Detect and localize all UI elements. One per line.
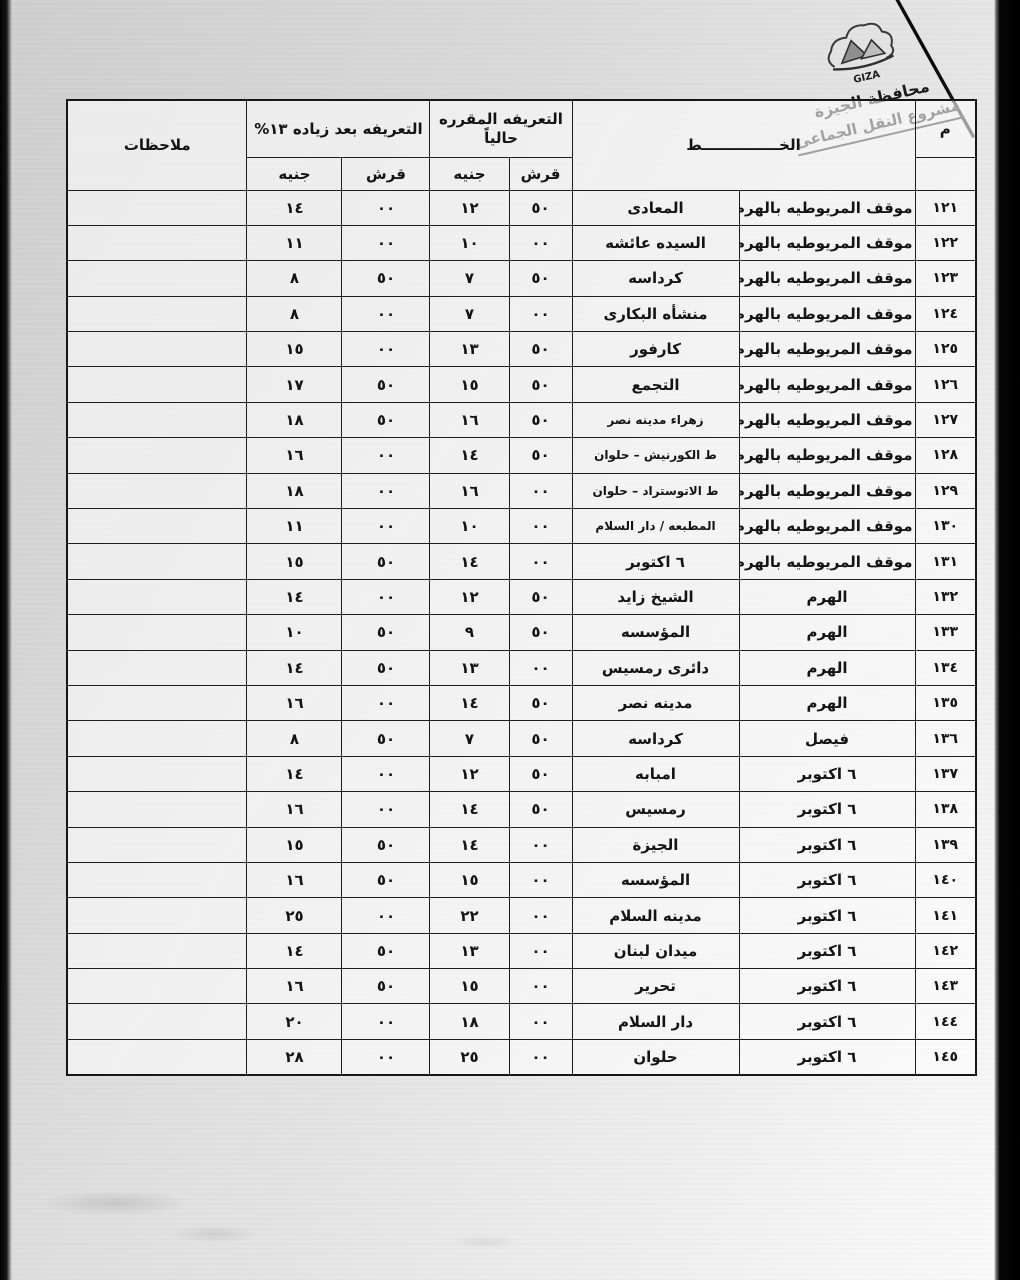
- row-current-pounds: ١٥: [430, 367, 509, 402]
- row-current-piasters: ٠٠: [509, 225, 572, 260]
- row-current-pounds: ١٣: [430, 332, 509, 367]
- row-new-piasters: ٥٠: [342, 402, 430, 437]
- table-header: م الخـــــــــــــــط التعريفه المقرره ح…: [67, 100, 976, 190]
- row-current-piasters: ٠٠: [509, 296, 572, 331]
- row-new-piasters: ٥٠: [342, 862, 430, 897]
- table-row: ١٣٩ ٦ اكتوبر الجيزة ٠٠ ١٤ ٥٠ ١٥: [67, 827, 976, 862]
- row-current-piasters: ٥٠: [509, 438, 572, 473]
- row-new-pounds: ١٤: [247, 756, 342, 791]
- row-new-piasters: ٥٠: [342, 615, 430, 650]
- row-new-pounds: ١٨: [247, 402, 342, 437]
- row-serial: ١٤٠: [915, 862, 976, 897]
- row-current-piasters: ٠٠: [509, 509, 572, 544]
- row-current-piasters: ٥٠: [509, 685, 572, 720]
- row-new-pounds: ١٤: [247, 190, 342, 225]
- row-line-name: موقف المريوطيه بالهرم: [739, 225, 915, 260]
- row-current-pounds: ١٢: [430, 756, 509, 791]
- header-notes: ملاحظات: [67, 100, 247, 190]
- row-current-piasters: ٠٠: [509, 827, 572, 862]
- row-serial: ١٤٢: [915, 933, 976, 968]
- table-row: ١٤١ ٦ اكتوبر مدينه السلام ٠٠ ٢٢ ٠٠ ٢٥: [67, 898, 976, 933]
- row-current-pounds: ١٤: [430, 685, 509, 720]
- row-new-pounds: ٢٨: [247, 1039, 342, 1074]
- row-destination: حلوان: [572, 1039, 739, 1074]
- row-destination: كرداسه: [572, 721, 739, 756]
- table-row: ١٣٤ الهرم دائرى رمسيس ٠٠ ١٣ ٥٠ ١٤: [67, 650, 976, 685]
- row-line-name: موقف المريوطيه بالهرم: [739, 261, 915, 296]
- row-notes: [67, 721, 247, 756]
- row-current-piasters: ٠٠: [509, 898, 572, 933]
- row-destination: الجيزة: [572, 827, 739, 862]
- row-notes: [67, 650, 247, 685]
- row-serial: ١٢٩: [915, 473, 976, 508]
- row-destination: كرداسه: [572, 261, 739, 296]
- row-notes: [67, 367, 247, 402]
- row-serial: ١٢٢: [915, 225, 976, 260]
- table-row: ١٢٩ موقف المريوطيه بالهرم ط الاتوستراد –…: [67, 473, 976, 508]
- row-serial: ١٣٥: [915, 685, 976, 720]
- row-new-pounds: ١٦: [247, 792, 342, 827]
- row-destination: منشأه البكارى: [572, 296, 739, 331]
- row-serial: ١٣٨: [915, 792, 976, 827]
- row-destination: تحرير: [572, 969, 739, 1004]
- row-current-piasters: ٠٠: [509, 544, 572, 579]
- table-row: ١٣٧ ٦ اكتوبر امبابه ٥٠ ١٢ ٠٠ ١٤: [67, 756, 976, 791]
- row-serial: ١٢٣: [915, 261, 976, 296]
- row-destination: المؤسسه: [572, 862, 739, 897]
- row-line-name: موقف المريوطيه بالهرم: [739, 190, 915, 225]
- row-current-pounds: ١٦: [430, 402, 509, 437]
- row-destination: ميدان لبنان: [572, 933, 739, 968]
- row-current-piasters: ٠٠: [509, 933, 572, 968]
- row-current-pounds: ١٨: [430, 1004, 509, 1039]
- row-new-piasters: ٠٠: [342, 190, 430, 225]
- row-notes: [67, 1039, 247, 1074]
- row-line-name: موقف المريوطيه بالهرم: [739, 473, 915, 508]
- table-body: ١٢١ موقف المريوطيه بالهرم المعادى ٥٠ ١٢ …: [67, 190, 976, 1075]
- row-new-pounds: ١٦: [247, 685, 342, 720]
- row-destination: دائرى رمسيس: [572, 650, 739, 685]
- table-row: ١٤٣ ٦ اكتوبر تحرير ٠٠ ١٥ ٥٠ ١٦: [67, 969, 976, 1004]
- row-notes: [67, 402, 247, 437]
- row-new-pounds: ١٥: [247, 332, 342, 367]
- row-new-pounds: ١٦: [247, 969, 342, 1004]
- table-row: ١٣١ موقف المريوطيه بالهرم ٦ اكتوبر ٠٠ ١٤…: [67, 544, 976, 579]
- table-row: ١٤٤ ٦ اكتوبر دار السلام ٠٠ ١٨ ٠٠ ٢٠: [67, 1004, 976, 1039]
- row-new-piasters: ٠٠: [342, 898, 430, 933]
- row-destination: رمسيس: [572, 792, 739, 827]
- row-line-name: ٦ اكتوبر: [739, 1004, 915, 1039]
- table-row: ١٢٢ موقف المريوطيه بالهرم السيده عائشه ٠…: [67, 225, 976, 260]
- row-current-pounds: ١٥: [430, 862, 509, 897]
- row-notes: [67, 969, 247, 1004]
- row-destination: المؤسسه: [572, 615, 739, 650]
- row-new-pounds: ١٤: [247, 579, 342, 614]
- header-current-tariff: التعريفه المقرره حالياً: [430, 100, 572, 157]
- table-row: ١٢٨ موقف المريوطيه بالهرم ط الكورنيش – ح…: [67, 438, 976, 473]
- row-current-pounds: ٧: [430, 721, 509, 756]
- row-line-name: موقف المريوطيه بالهرم: [739, 296, 915, 331]
- header-new-piasters: قرش: [342, 157, 430, 190]
- tariff-table-container: م الخـــــــــــــــط التعريفه المقرره ح…: [68, 99, 977, 1076]
- table-row: ١٤٠ ٦ اكتوبر المؤسسه ٠٠ ١٥ ٥٠ ١٦: [67, 862, 976, 897]
- row-line-name: ٦ اكتوبر: [739, 969, 915, 1004]
- row-notes: [67, 827, 247, 862]
- row-notes: [67, 544, 247, 579]
- row-serial: ١٣٦: [915, 721, 976, 756]
- row-serial: ١٣٧: [915, 756, 976, 791]
- row-current-piasters: ٠٠: [509, 1004, 572, 1039]
- row-new-pounds: ١٠: [247, 615, 342, 650]
- row-notes: [67, 685, 247, 720]
- row-line-name: الهرم: [739, 650, 915, 685]
- row-serial: ١٣٤: [915, 650, 976, 685]
- row-current-pounds: ١٤: [430, 438, 509, 473]
- scanned-document-page: { "letterhead": { "org": "محافظة الجيزة"…: [0, 0, 1020, 1280]
- row-serial: ١٣٩: [915, 827, 976, 862]
- row-current-pounds: ١٣: [430, 933, 509, 968]
- row-destination: مدينه السلام: [572, 898, 739, 933]
- row-new-piasters: ٠٠: [342, 685, 430, 720]
- row-current-pounds: ١٤: [430, 544, 509, 579]
- row-destination: ط الاتوستراد – حلوان: [572, 473, 739, 508]
- row-current-pounds: ١٤: [430, 827, 509, 862]
- row-line-name: موقف المريوطيه بالهرم: [739, 402, 915, 437]
- row-serial: ١٤٣: [915, 969, 976, 1004]
- row-destination: كارفور: [572, 332, 739, 367]
- table-row: ١٢٦ موقف المريوطيه بالهرم التجمع ٥٠ ١٥ ٥…: [67, 367, 976, 402]
- row-new-pounds: ١٤: [247, 933, 342, 968]
- row-new-piasters: ٠٠: [342, 756, 430, 791]
- row-current-piasters: ٥٠: [509, 792, 572, 827]
- row-current-pounds: ١٢: [430, 579, 509, 614]
- row-current-piasters: ٠٠: [509, 862, 572, 897]
- row-new-piasters: ٠٠: [342, 1039, 430, 1074]
- row-current-piasters: ٠٠: [509, 650, 572, 685]
- table-row: ١٤٥ ٦ اكتوبر حلوان ٠٠ ٢٥ ٠٠ ٢٨: [67, 1039, 976, 1074]
- logo-caption: GIZA: [852, 69, 881, 86]
- table-row: ١٣٠ موقف المريوطيه بالهرم المطبعه / دار …: [67, 509, 976, 544]
- row-line-name: ٦ اكتوبر: [739, 756, 915, 791]
- row-new-pounds: ١٦: [247, 438, 342, 473]
- table-row: ١٣٢ الهرم الشيخ زايد ٥٠ ١٢ ٠٠ ١٤: [67, 579, 976, 614]
- row-notes: [67, 225, 247, 260]
- row-current-pounds: ١٣: [430, 650, 509, 685]
- row-new-pounds: ١٧: [247, 367, 342, 402]
- row-new-pounds: ١١: [247, 509, 342, 544]
- header-new-pounds: جنيه: [247, 157, 342, 190]
- row-line-name: الهرم: [739, 615, 915, 650]
- row-current-pounds: ٢٥: [430, 1039, 509, 1074]
- row-line-name: موقف المريوطيه بالهرم: [739, 509, 915, 544]
- header-serial-spacer: [915, 157, 976, 190]
- row-current-pounds: ١٠: [430, 509, 509, 544]
- row-notes: [67, 332, 247, 367]
- row-serial: ١٣٢: [915, 579, 976, 614]
- row-destination: ٦ اكتوبر: [572, 544, 739, 579]
- row-notes: [67, 756, 247, 791]
- row-new-piasters: ٠٠: [342, 473, 430, 508]
- row-current-piasters: ٥٠: [509, 579, 572, 614]
- row-notes: [67, 190, 247, 225]
- row-current-pounds: ٢٢: [430, 898, 509, 933]
- row-line-name: موقف المريوطيه بالهرم: [739, 438, 915, 473]
- header-current-tariff-line1: التعريفه المقرره: [432, 110, 569, 129]
- row-new-piasters: ٠٠: [342, 792, 430, 827]
- row-notes: [67, 862, 247, 897]
- row-new-piasters: ٥٠: [342, 367, 430, 402]
- row-line-name: فيصل: [739, 721, 915, 756]
- row-current-piasters: ٥٠: [509, 402, 572, 437]
- table-row: ١٢٤ موقف المريوطيه بالهرم منشأه البكارى …: [67, 296, 976, 331]
- row-serial: ١٤٥: [915, 1039, 976, 1074]
- row-current-piasters: ٥٠: [509, 756, 572, 791]
- row-new-piasters: ٠٠: [342, 332, 430, 367]
- header-increased-tariff: التعريفه بعد زياده ١٣%: [247, 100, 430, 157]
- table-row: ١٢١ موقف المريوطيه بالهرم المعادى ٥٠ ١٢ …: [67, 190, 976, 225]
- row-current-piasters: ٠٠: [509, 1039, 572, 1074]
- row-line-name: ٦ اكتوبر: [739, 792, 915, 827]
- row-new-pounds: ١١: [247, 225, 342, 260]
- row-new-pounds: ٨: [247, 261, 342, 296]
- header-current-tariff-line2: حالياً: [432, 129, 569, 148]
- row-new-piasters: ٠٠: [342, 1004, 430, 1039]
- row-current-pounds: ١٠: [430, 225, 509, 260]
- row-new-piasters: ٠٠: [342, 296, 430, 331]
- table-row: ١٣٨ ٦ اكتوبر رمسيس ٥٠ ١٤ ٠٠ ١٦: [67, 792, 976, 827]
- row-notes: [67, 933, 247, 968]
- row-current-piasters: ٥٠: [509, 367, 572, 402]
- row-new-piasters: ٠٠: [342, 438, 430, 473]
- row-current-pounds: ٧: [430, 261, 509, 296]
- row-new-piasters: ٠٠: [342, 509, 430, 544]
- row-destination: المعادى: [572, 190, 739, 225]
- row-new-pounds: ١٥: [247, 544, 342, 579]
- row-notes: [67, 438, 247, 473]
- row-destination: دار السلام: [572, 1004, 739, 1039]
- row-destination: مدينه نصر: [572, 685, 739, 720]
- row-new-pounds: ٢٠: [247, 1004, 342, 1039]
- row-line-name: الهرم: [739, 685, 915, 720]
- row-new-pounds: ١٤: [247, 650, 342, 685]
- row-new-piasters: ٥٠: [342, 933, 430, 968]
- row-destination: زهراء مدينه نصر: [572, 402, 739, 437]
- row-line-name: موقف المريوطيه بالهرم: [739, 332, 915, 367]
- row-new-pounds: ١٨: [247, 473, 342, 508]
- header-current-piasters: قرش: [509, 157, 572, 190]
- row-serial: ١٢٤: [915, 296, 976, 331]
- row-current-pounds: ١٤: [430, 792, 509, 827]
- row-notes: [67, 898, 247, 933]
- row-serial: ١٢١: [915, 190, 976, 225]
- row-new-pounds: ٨: [247, 296, 342, 331]
- row-destination: ط الكورنيش – حلوان: [572, 438, 739, 473]
- row-notes: [67, 473, 247, 508]
- row-serial: ١٢٦: [915, 367, 976, 402]
- row-new-pounds: ١٦: [247, 862, 342, 897]
- table-row: ١٣٥ الهرم مدينه نصر ٥٠ ١٤ ٠٠ ١٦: [67, 685, 976, 720]
- row-new-piasters: ٠٠: [342, 579, 430, 614]
- row-notes: [67, 1004, 247, 1039]
- row-notes: [67, 296, 247, 331]
- row-current-piasters: ٥٠: [509, 190, 572, 225]
- row-destination: التجمع: [572, 367, 739, 402]
- row-serial: ١٢٨: [915, 438, 976, 473]
- row-current-pounds: ٧: [430, 296, 509, 331]
- header-line: الخـــــــــــــــط: [572, 100, 915, 190]
- row-notes: [67, 509, 247, 544]
- row-new-piasters: ٠٠: [342, 225, 430, 260]
- row-current-piasters: ٠٠: [509, 969, 572, 1004]
- row-notes: [67, 615, 247, 650]
- row-new-piasters: ٥٠: [342, 969, 430, 1004]
- row-serial: ١٣٠: [915, 509, 976, 544]
- table-row: ١٤٢ ٦ اكتوبر ميدان لبنان ٠٠ ١٣ ٥٠ ١٤: [67, 933, 976, 968]
- row-current-piasters: ٥٠: [509, 721, 572, 756]
- row-line-name: ٦ اكتوبر: [739, 827, 915, 862]
- table-row: ١٣٣ الهرم المؤسسه ٥٠ ٩ ٥٠ ١٠: [67, 615, 976, 650]
- row-line-name: ٦ اكتوبر: [739, 862, 915, 897]
- row-destination: المطبعه / دار السلام: [572, 509, 739, 544]
- row-serial: ١٤١: [915, 898, 976, 933]
- row-new-piasters: ٥٠: [342, 827, 430, 862]
- row-current-pounds: ١٢: [430, 190, 509, 225]
- table-row: ١٣٦ فيصل كرداسه ٥٠ ٧ ٥٠ ٨: [67, 721, 976, 756]
- row-line-name: ٦ اكتوبر: [739, 933, 915, 968]
- row-line-name: موقف المريوطيه بالهرم: [739, 367, 915, 402]
- row-new-pounds: ١٥: [247, 827, 342, 862]
- row-current-pounds: ٩: [430, 615, 509, 650]
- row-serial: ١٢٥: [915, 332, 976, 367]
- row-notes: [67, 579, 247, 614]
- row-notes: [67, 261, 247, 296]
- row-new-piasters: ٥٠: [342, 261, 430, 296]
- table-row: ١٢٧ موقف المريوطيه بالهرم زهراء مدينه نص…: [67, 402, 976, 437]
- row-destination: امبابه: [572, 756, 739, 791]
- row-serial: ١٢٧: [915, 402, 976, 437]
- row-current-piasters: ٥٠: [509, 261, 572, 296]
- row-line-name: الهرم: [739, 579, 915, 614]
- row-current-pounds: ١٥: [430, 969, 509, 1004]
- row-current-pounds: ١٦: [430, 473, 509, 508]
- row-line-name: ٦ اكتوبر: [739, 1039, 915, 1074]
- tariff-table: م الخـــــــــــــــط التعريفه المقرره ح…: [66, 99, 977, 1076]
- row-current-piasters: ٥٠: [509, 615, 572, 650]
- row-new-pounds: ٨: [247, 721, 342, 756]
- header-current-pounds: جنيه: [430, 157, 509, 190]
- table-row: ١٢٥ موقف المريوطيه بالهرم كارفور ٥٠ ١٣ ٠…: [67, 332, 976, 367]
- row-line-name: ٦ اكتوبر: [739, 898, 915, 933]
- table-row: ١٢٣ موقف المريوطيه بالهرم كرداسه ٥٠ ٧ ٥٠…: [67, 261, 976, 296]
- row-new-piasters: ٥٠: [342, 721, 430, 756]
- row-new-piasters: ٥٠: [342, 544, 430, 579]
- header-serial: م: [915, 100, 976, 157]
- row-current-piasters: ٠٠: [509, 473, 572, 508]
- row-serial: ١٣١: [915, 544, 976, 579]
- row-serial: ١٣٣: [915, 615, 976, 650]
- row-new-pounds: ٢٥: [247, 898, 342, 933]
- row-destination: السيده عائشه: [572, 225, 739, 260]
- row-destination: الشيخ زايد: [572, 579, 739, 614]
- row-new-piasters: ٥٠: [342, 650, 430, 685]
- row-line-name: موقف المريوطيه بالهرم: [739, 544, 915, 579]
- row-notes: [67, 792, 247, 827]
- row-serial: ١٤٤: [915, 1004, 976, 1039]
- row-current-piasters: ٥٠: [509, 332, 572, 367]
